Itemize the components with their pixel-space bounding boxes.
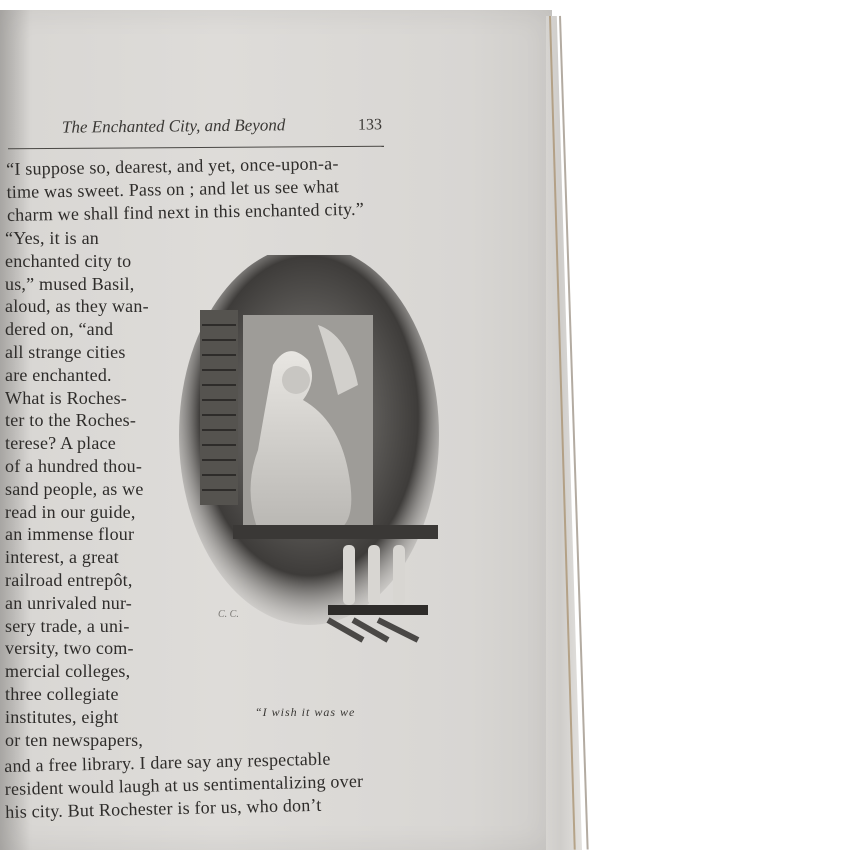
chapter-title: The Enchanted City, and Beyond (62, 115, 286, 137)
text-line: ter to the Roches- (5, 409, 147, 432)
running-head: The Enchanted City, and Beyond 133 (62, 114, 382, 137)
text-line: interest, a great (5, 546, 147, 569)
text-line: terese? A place (5, 432, 147, 455)
text-line: versity, two com- (5, 637, 147, 660)
text-line: an unrivaled nur- (5, 592, 147, 615)
text-line: all strange cities (5, 341, 147, 364)
text-line: railroad entrepôt, (5, 569, 147, 592)
text-line: or ten newspapers, (5, 729, 147, 752)
text-line: sery trade, a uni- (5, 615, 147, 638)
text-line: three collegiate (5, 683, 147, 706)
top-paragraph: “I suppose so, dearest, and yet, once-up… (6, 151, 387, 226)
text-line: dered on, “and (5, 318, 147, 341)
text-line: enchanted city to (5, 250, 147, 273)
text-line: us,” mused Basil, (5, 273, 147, 296)
text-line: of a hundred thou- (5, 455, 147, 478)
illustration-caption: “I wish it was we (255, 705, 355, 720)
text-line: “Yes, it is an (5, 227, 147, 250)
page-number: 133 (358, 116, 382, 134)
text-line: institutes, eight (5, 706, 147, 729)
text-line: an immense flour (5, 523, 147, 546)
text-line: sand people, as we (5, 478, 147, 501)
engraving-illustration: C. C. (178, 255, 440, 650)
text-line: read in our guide, (5, 501, 147, 524)
artist-signature: C. C. (218, 609, 239, 620)
text-line: are enchanted. (5, 364, 147, 387)
text-line: What is Roches- (5, 387, 147, 410)
window-scene-illustration-icon: C. C. (178, 255, 440, 650)
column-paragraph: “Yes, it is an enchanted city to us,” mu… (5, 227, 147, 751)
text-line: aloud, as they wan- (5, 295, 147, 318)
bottom-paragraph: and a free library. I dare say any respe… (4, 746, 405, 823)
text-line: mercial colleges, (5, 660, 147, 683)
